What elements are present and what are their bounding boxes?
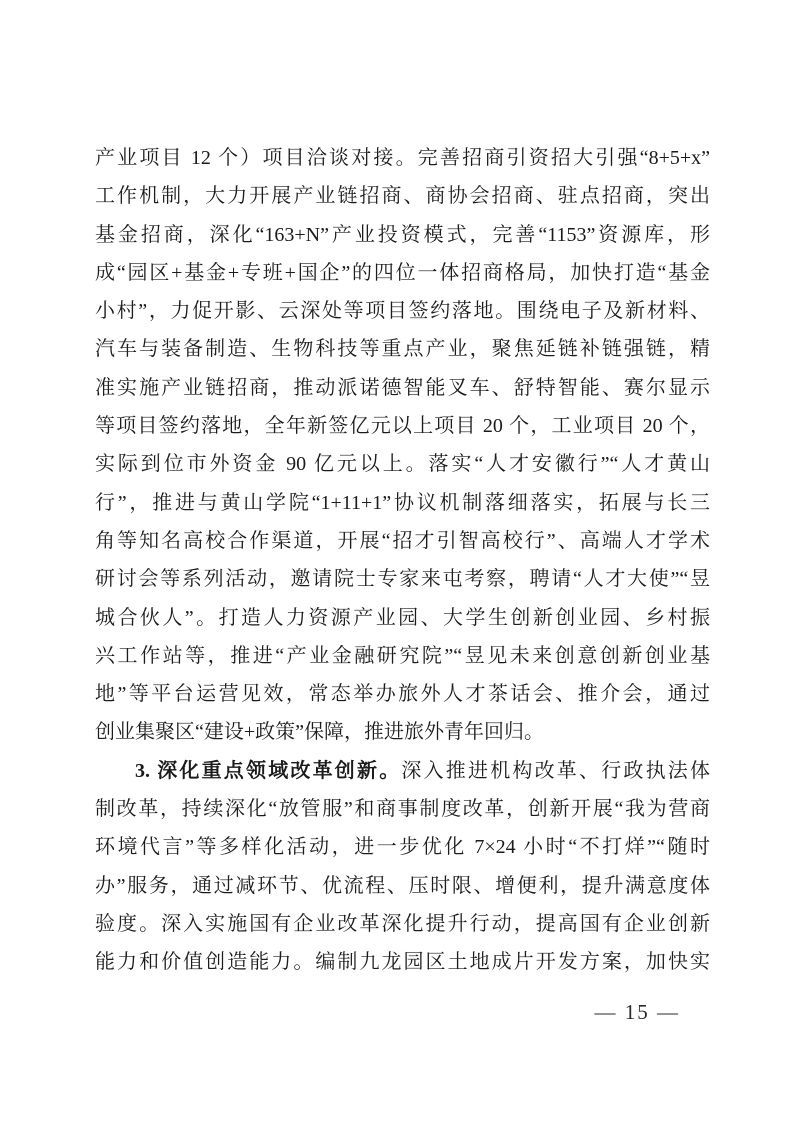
text-line: 小村”，力促开影、云深处等项目签约落地。围绕电子及新材料、 <box>95 292 710 330</box>
text-line: 实际到位市外资金 90 亿元以上。落实“人才安徽行”“人才黄山 <box>95 445 710 483</box>
text-line: 办”服务，通过减环节、优流程、压时限、增便利，提升满意度体 <box>95 867 710 905</box>
text-line: 产业项目 12 个）项目洽谈对接。完善招商引资招大引强“8+5+x” <box>95 139 710 177</box>
text-line: 3. 深化重点领域改革创新。深入推进机构改革、行政执法体 <box>95 752 710 790</box>
text-line: 等项目签约落地，全年新签亿元以上项目 20 个，工业项目 20 个， <box>95 407 710 445</box>
document-body-text: 产业项目 12 个）项目洽谈对接。完善招商引资招大引强“8+5+x” 工作机制，… <box>95 139 710 982</box>
text-line: 兴工作站等，推进“产业金融研究院”“昱见未来创意创新创业基 <box>95 637 710 675</box>
text-line: 工作机制，大力开展产业链招商、商协会招商、驻点招商，突出 <box>95 177 710 215</box>
text-run: 深入推进机构改革、行政执法体 <box>401 760 710 782</box>
text-line: 能力和价值创造能力。编制九龙园区土地成片开发方案，加快实 <box>95 943 710 981</box>
text-line: 成“园区+基金+专班+国企”的四位一体招商格局，加快打造“基金 <box>95 254 710 292</box>
text-line: 汽车与装备制造、生物科技等重点产业，聚焦延链补链强链，精 <box>95 330 710 368</box>
text-line: 研讨会等系列活动，邀请院士专家来屯考察，聘请“人才大使”“昱 <box>95 560 710 598</box>
text-line: 制改革，持续深化“放管服”和商事制度改革，创新开展“我为营商 <box>95 790 710 828</box>
text-line: 地”等平台运营见效，常态举办旅外人才茶话会、推介会，通过 <box>95 675 710 713</box>
document-page: 产业项目 12 个）项目洽谈对接。完善招商引资招大引强“8+5+x” 工作机制，… <box>0 0 794 1122</box>
text-line: 环境代言”等多样化活动，进一步优化 7×24 小时“不打烊”“随时 <box>95 828 710 866</box>
page-number: — 15 — <box>95 1000 710 1025</box>
text-line: 准实施产业链招商，推动派诺德智能叉车、舒特智能、赛尔显示 <box>95 369 710 407</box>
text-line: 基金招商，深化“163+N”产业投资模式，完善“1153”资源库，形 <box>95 216 710 254</box>
text-line: 城合伙人”。打造人力资源产业园、大学生创新创业园、乡村振 <box>95 599 710 637</box>
text-line: 验度。深入实施国有企业改革深化提升行动，提高国有企业创新 <box>95 905 710 943</box>
text-line: 角等知名高校合作渠道，开展“招才引智高校行”、高端人才学术 <box>95 522 710 560</box>
section-heading: 3. 深化重点领域改革创新。 <box>135 760 401 782</box>
text-line: 创业集聚区“建设+政策”保障，推进旅外青年回归。 <box>95 713 710 751</box>
text-line: 行”，推进与黄山学院“1+11+1”协议机制落细落实，拓展与长三 <box>95 484 710 522</box>
